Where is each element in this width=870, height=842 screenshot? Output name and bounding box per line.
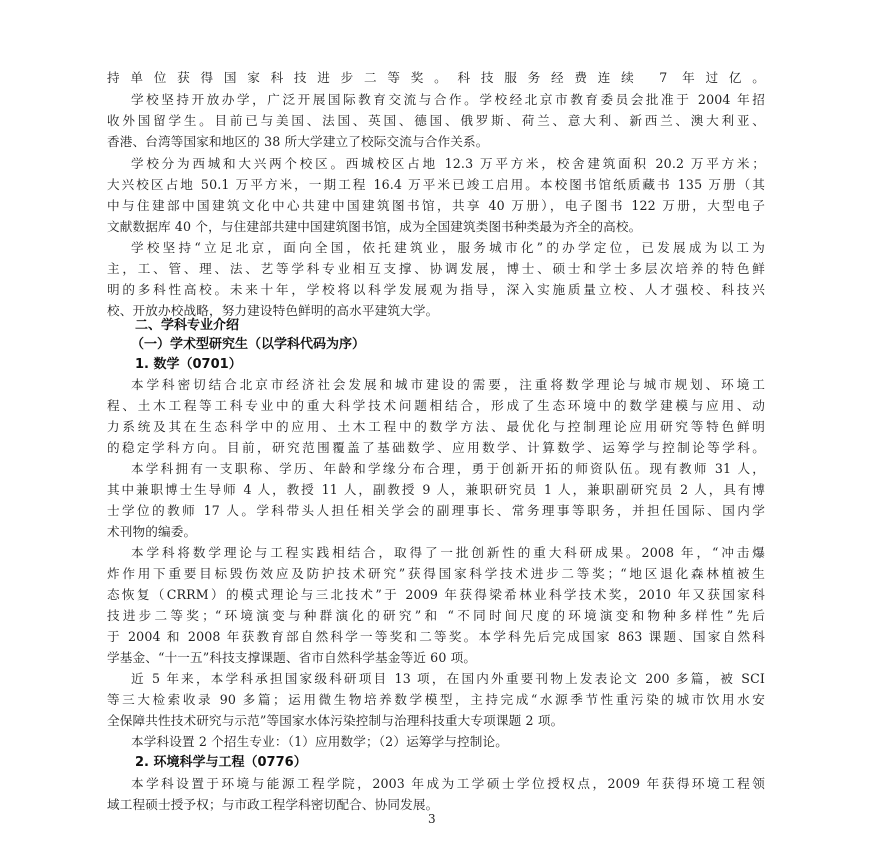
item-heading-math: 1. 数学（0701） bbox=[135, 357, 242, 373]
paragraph-line: 学校分为西城和大兴两个校区。西城校区占地 12.3 万平方米，校舍建筑面积 20… bbox=[131, 156, 765, 172]
paragraph-line: 中与住建部中国建筑文化中心共建中国建筑图书馆，共享 40 万册），电子图书 12… bbox=[107, 198, 765, 214]
paragraph-line: 等三大检索收录 90 多篇；运用微生物培养数学模型，主持完成“水源季节性重污染的… bbox=[107, 692, 765, 708]
paragraph-line: 于 2004 和 2008 年获教育部自然科学一等奖和二等奖。本学科先后完成国家… bbox=[107, 629, 765, 645]
paragraph-line: 态恢复（CRRM）的模式理论与三北技术”于 2009 年获得梁希林业科学技术奖，… bbox=[107, 587, 765, 603]
paragraph-line: 持单位获得国家科技进步二等奖。科技服务经费连续 7 年过亿。 bbox=[107, 70, 765, 86]
paragraph-line: 本学科拥有一支职称、学历、年龄和学缘分布合理，勇于创新开拓的师资队伍。现有教师 … bbox=[131, 461, 765, 477]
page-number: 3 bbox=[428, 812, 436, 826]
paragraph-line: 明的多科性高校。未来十年，学校将以科学发展观为指导，深入实施质量立校、人才强校、… bbox=[107, 282, 765, 298]
paragraph-line: 其中兼职博士生导师 4 人，教授 11 人，副教授 9 人，兼职研究员 1 人，… bbox=[107, 482, 765, 498]
paragraph-line: 学基金、“十一五”科技支撑课题、省市自然科学基金等近 60 项。 bbox=[107, 650, 765, 666]
paragraph-line: 校、开放办校战略，努力建设特色鲜明的高水平建筑大学。 bbox=[107, 303, 765, 319]
paragraph-line: 香港、台湾等国家和地区的 38 所大学建立了校际交流与合作关系。 bbox=[107, 134, 765, 150]
paragraph-line: 本学科将数学理论与工程实践相结合，取得了一批创新性的重大科研成果。2008 年，… bbox=[131, 545, 765, 561]
paragraph-line: 炸作用下重要目标毁伤效应及防护技术研究”获得国家科学技术进步二等奖；“地区退化森… bbox=[107, 566, 765, 582]
paragraph-line: 的稳定学科方向。目前，研究范围覆盖了基础数学、应用数学、计算数学、运筹学与控制论… bbox=[107, 440, 765, 456]
document-page: 持单位获得国家科技进步二等奖。科技服务经费连续 7 年过亿。 学校坚持开放办学，… bbox=[0, 0, 870, 842]
section-heading: 二、学科专业介绍 bbox=[135, 318, 239, 334]
paragraph-line: 本学科设置 2 个招生专业：（1）应用数学；（2）运筹学与控制论。 bbox=[131, 734, 765, 750]
paragraph-line: 力系统及其在生态科学中的应用、土木工程中的数学方法、最优化与控制理论应用研究等特… bbox=[107, 419, 765, 435]
paragraph-line: 大兴校区占地 50.1 万平方米，一期工程 16.4 万平米已竣工启用。本校图书… bbox=[107, 177, 765, 193]
paragraph-line: 程、土木工程等工科专业中的重大科学技术问题相结合，形成了生态环境中的数学建模与应… bbox=[107, 398, 765, 414]
paragraph-line: 主，工、管、理、法、艺等学科专业相互支撑、协调发展，博士、硕士和学士多层次培养的… bbox=[107, 261, 765, 277]
paragraph-line: 近 5 年来，本学科承担国家级科研项目 13 项，在国内外重要刊物上发表论文 2… bbox=[131, 671, 765, 687]
paragraph-line: 收外国留学生。目前已与美国、法国、英国、德国、俄罗斯、荷兰、意大利、新西兰、澳大… bbox=[107, 113, 765, 129]
item-heading-environment: 2. 环境科学与工程（0776） bbox=[135, 755, 307, 771]
paragraph-line: 域工程硕士授予权；与市政工程学科密切配合、协同发展。 bbox=[107, 797, 765, 813]
paragraph-line: 士学位的教师 17 人。学科带头人担任相关学会的副理事长、常务理事等职务，并担任… bbox=[107, 503, 765, 519]
paragraph-line: 本学科设置于环境与能源工程学院，2003 年成为工学硕士学位授权点，2009 年… bbox=[131, 776, 765, 792]
paragraph-line: 文献数据库 40 个，与住建部共建中国建筑图书馆，成为全国建筑类图书种类最为齐全… bbox=[107, 219, 765, 235]
paragraph-line: 本学科密切结合北京市经济社会发展和城市建设的需要，注重将数学理论与城市规划、环境… bbox=[131, 377, 765, 393]
paragraph-line: 学校坚持开放办学，广泛开展国际教育交流与合作。学校经北京市教育委员会批准于 20… bbox=[131, 92, 765, 108]
paragraph-line: 学校坚持“立足北京，面向全国，依托建筑业，服务城市化”的办学定位，已发展成为以工… bbox=[131, 240, 765, 256]
paragraph-line: 技进步二等奖；“环境演变与种群演化的研究”和 “不同时间尺度的环境演变和物种多样… bbox=[107, 608, 765, 624]
paragraph-line: 全保障共性技术研究与示范”等国家水体污染控制与治理科技重大专项课题 2 项。 bbox=[107, 713, 765, 729]
paragraph-line: 术刊物的编委。 bbox=[107, 524, 765, 540]
subsection-heading: （一）学术型研究生（以学科代码为序） bbox=[131, 337, 365, 353]
